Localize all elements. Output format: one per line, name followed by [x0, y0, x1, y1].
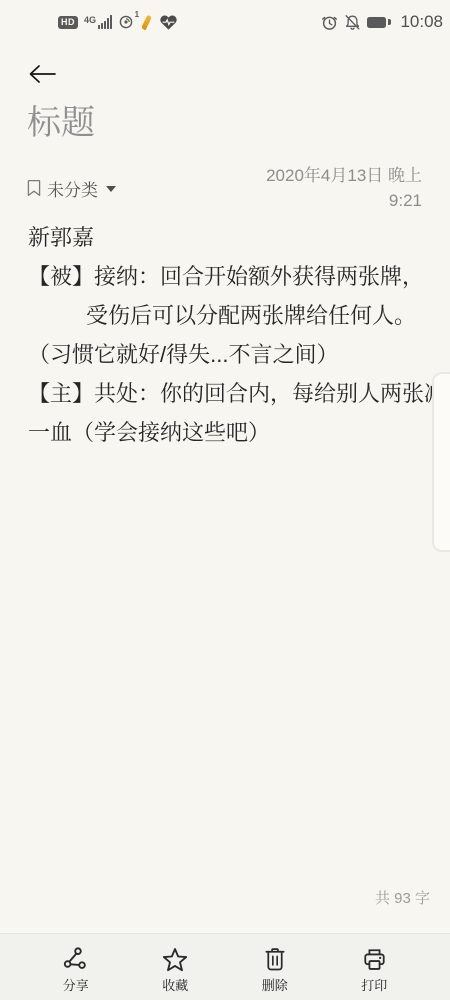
- note-meta-row: 未分类 2020年4月13日 晚上 9:21: [27, 161, 422, 215]
- status-bar-right: 10:08: [321, 10, 443, 34]
- bookmark-icon: [27, 179, 41, 197]
- share-label: 分享: [63, 979, 89, 992]
- note-date-line2: 9:21: [266, 188, 422, 213]
- status-time: 10:08: [400, 12, 443, 32]
- share-button[interactable]: 分享: [26, 934, 126, 1000]
- note-line: 【主】共处：你的回合内，每给别人两张减: [28, 374, 450, 413]
- volte-circle-icon: 1: [118, 14, 134, 30]
- status-bar-left: HD 4G 1: [58, 11, 178, 33]
- back-button[interactable]: [25, 59, 59, 89]
- notes-app-screen: HD 4G 1: [0, 0, 450, 1000]
- category-selector[interactable]: 未分类: [27, 176, 116, 201]
- battery-icon: [367, 17, 392, 28]
- status-bar: HD 4G 1: [0, 0, 450, 42]
- favorite-label: 收藏: [162, 979, 188, 992]
- heart-pulse-icon: [159, 14, 178, 31]
- note-body-editor[interactable]: 新郭嘉 【被】接纳：回合开始额外获得两张牌， 受伤后可以分配两张牌给任何人。 （…: [28, 218, 450, 452]
- note-line: （习惯它就好/得失...不言之间）: [28, 335, 450, 374]
- trash-icon: [262, 945, 288, 975]
- network-type-label: 4G: [84, 16, 96, 25]
- hd-icon: HD: [58, 16, 78, 29]
- bell-muted-icon: [344, 14, 361, 31]
- note-line: 受伤后可以分配两张牌给任何人。: [28, 296, 450, 335]
- back-arrow-icon: [27, 62, 57, 86]
- note-date: 2020年4月13日 晚上 9:21: [266, 163, 422, 213]
- signal-bars-icon: 4G: [84, 15, 112, 29]
- volte-superscript: 1: [135, 10, 139, 19]
- caret-down-icon: [106, 186, 116, 192]
- feather-notification-icon: [141, 14, 152, 30]
- note-date-line1: 2020年4月13日 晚上: [266, 163, 422, 188]
- printer-icon: [361, 945, 388, 975]
- print-button[interactable]: 打印: [325, 934, 425, 1000]
- note-line: 一血（学会接纳这些吧）: [28, 413, 450, 452]
- word-count: 共 93 字: [375, 887, 430, 908]
- title-input[interactable]: 标题: [27, 101, 95, 145]
- print-label: 打印: [361, 979, 387, 992]
- alarm-clock-icon: [321, 14, 338, 31]
- bottom-toolbar: 分享 收藏 删除: [0, 933, 450, 1000]
- note-line: 【被】接纳：回合开始额外获得两张牌，: [28, 257, 450, 296]
- scrollbar-thumb[interactable]: [432, 372, 450, 552]
- favorite-button[interactable]: 收藏: [126, 934, 226, 1000]
- note-line: 新郭嘉: [28, 218, 450, 257]
- delete-button[interactable]: 删除: [225, 934, 325, 1000]
- category-label: 未分类: [47, 176, 98, 201]
- star-icon: [161, 945, 189, 975]
- delete-label: 删除: [262, 979, 288, 992]
- share-icon: [62, 945, 89, 975]
